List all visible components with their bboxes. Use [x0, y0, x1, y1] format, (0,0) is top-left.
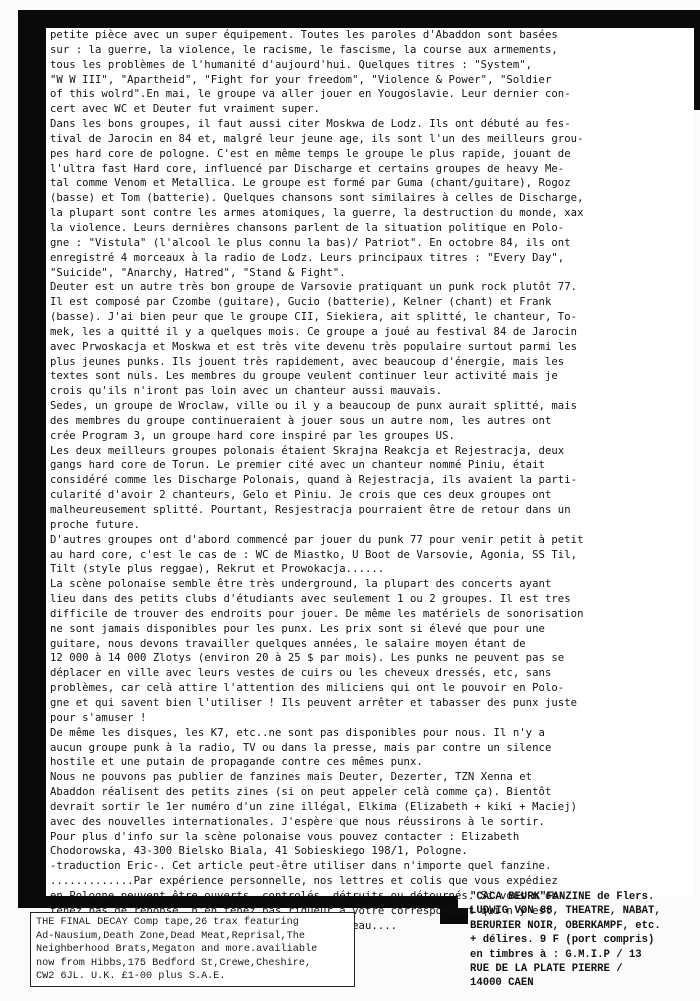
tape-ad-line: Neighberhood Brats,Megaton and more.avai… [36, 943, 350, 957]
fanzine-ad-line: en timbres à : G.M.I.P / 13 [470, 948, 700, 962]
fanzine-ad-line: "CACA BEURK"FANZINE de Flers. [470, 890, 700, 904]
article-line: proche future. [50, 518, 694, 533]
article-line: "Suicide", "Anarchy, Hatred", "Stand & F… [50, 266, 694, 281]
article-line: La scène polonaise semble être très unde… [50, 577, 694, 592]
article-line: cularité d'avoir 2 chanteurs, Gelo et Pi… [50, 488, 694, 503]
article-line: "W W III", "Apartheid", "Fight for your … [50, 73, 694, 88]
article-line: Abaddon réalisent des petits zines (si o… [50, 785, 694, 800]
article-line: gne et qui savent bien l'utiliser ! Ils … [50, 696, 694, 711]
article-line: gne : "Vistula" (l'alcool le plus connu … [50, 236, 694, 251]
article-line: Dans les bons groupes, il faut aussi cit… [50, 117, 694, 132]
article-line: Il est composé par Czombe (guitare), Guc… [50, 295, 694, 310]
article-line: crois qu'ils n'iront pas loin avec un ch… [50, 384, 694, 399]
tape-ad-line: THE FINAL DECAY Comp tape,26 trax featur… [36, 916, 350, 930]
article-line: pour s'amuser ! [50, 711, 694, 726]
article-line: enregistré 4 morceaux à la radio de Lodz… [50, 251, 694, 266]
article-line: considéré comme les Discharge Polonais, … [50, 473, 694, 488]
article-line: l'ultra fast Hard core, influencé par Di… [50, 162, 694, 177]
tape-ad-line: now from Hibbs,175 Bedford St,Crewe,Ches… [36, 957, 350, 971]
article-line: mek, les a quitté il y a quelques mois. … [50, 325, 694, 340]
article-body: petite pièce avec un super équipement. T… [46, 28, 694, 896]
fanzine-page: petite pièce avec un super équipement. T… [0, 0, 700, 1001]
article-line: sur : la guerre, la violence, le racisme… [50, 43, 694, 58]
article-line: Nous ne pouvons pas publier de fanzines … [50, 770, 694, 785]
article-line: De même les disques, les K7, etc..ne son… [50, 726, 694, 741]
article-line: difficile de trouver des endroits pour j… [50, 607, 694, 622]
fanzine-ad-line: BERURIER NOIR, OBERKAMPF, etc. [470, 919, 700, 933]
article-line: devrait sortir le 1er numéro d'un zine i… [50, 800, 694, 815]
article-line: avec des nouvelles internationales. J'es… [50, 815, 694, 830]
article-line: guitare, nous devons travailler quelques… [50, 637, 694, 652]
article-line: crée Program 3, un groupe hard core insp… [50, 429, 694, 444]
article-line: Sedes, un groupe de Wroclaw, ville ou il… [50, 399, 694, 414]
article-line: ne sont jamais disponibles pour les punx… [50, 622, 694, 637]
article-line: des membres du groupe continueraient à j… [50, 414, 694, 429]
article-line: la violence. Leurs dernières chansons pa… [50, 221, 694, 236]
article-line: (basse) et Tom (batterie). Quelques chan… [50, 191, 694, 206]
article-line: (basse). J'ai bien peur que le groupe CI… [50, 310, 694, 325]
article-line: lieu dans des petits clubs d'étudiants a… [50, 592, 694, 607]
fanzine-ad-line: + délires. 9 F (port compris) [470, 933, 700, 947]
article-line: avec Prwoskacja et Moskwa et est très vi… [50, 340, 694, 355]
tape-ad-line: Ad-Nausium,Death Zone,Dead Meat,Reprisal… [36, 930, 350, 944]
tape-ad-line: CW2 6JL. U.K. £1-00 plus S.A.E. [36, 970, 350, 984]
article-line: tival de Jarocin en 84 et, malgré leur j… [50, 132, 694, 147]
article-line: Deuter est un autre très bon groupe de V… [50, 280, 694, 295]
article-line: Tilt (style plus reggae), Rekrut et Prow… [50, 562, 694, 577]
article-line: gangs hard core de Torun. Le premier cit… [50, 458, 694, 473]
article-line: pes hard core de pologne. C'est en même … [50, 147, 694, 162]
article-line: Les deux meilleurs groupes polonais étai… [50, 444, 694, 459]
article-line: tal comme Venom et Metallica. Le groupe … [50, 176, 694, 191]
fanzine-ad-line: 14000 CAEN [470, 976, 700, 990]
photocopy-frame-top [20, 10, 700, 28]
article-line: textes sont nuls. Les membres du groupe … [50, 369, 694, 384]
article-line: problèmes, car celà attire l'attention d… [50, 681, 694, 696]
fanzine-ad-line: RUE DE LA PLATE PIERRE / [470, 962, 700, 976]
article-line: la plupart sont contre les armes atomiqu… [50, 206, 694, 221]
article-line: .............Par expérience personnelle,… [50, 874, 694, 889]
article-line: cert avec WC et Deuter fut vraiment supe… [50, 102, 694, 117]
article-line: hostile et une putain de propagande cont… [50, 755, 694, 770]
article-line: D'autres groupes ont d'abord commencé pa… [50, 533, 694, 548]
tape-advertisement: THE FINAL DECAY Comp tape,26 trax featur… [30, 912, 355, 987]
article-line: au hard core, c'est le cas de : WC de Mi… [50, 548, 694, 563]
article-line: Chodorowska, 43-300 Bielsko Biala, 41 So… [50, 844, 694, 859]
article-line: aucun groupe punk à la radio, TV ou dans… [50, 741, 694, 756]
article-line: plus jeunes punks. Ils jouent très rapid… [50, 355, 694, 370]
article-line: petite pièce avec un super équipement. T… [50, 28, 694, 43]
article-line: tous les problèmes de l'humanité d'aujou… [50, 58, 694, 73]
article-line: Pour plus d'info sur la scène polonaise … [50, 830, 694, 845]
fanzine-advertisement: "CACA BEURK"FANZINE de Flers.LUDWIG VON … [470, 890, 700, 1001]
article-line: -traduction Eric-. Cet article peut-être… [50, 859, 694, 874]
article-line: déplacer en ville avec leurs vestes de c… [50, 666, 694, 681]
article-line: of this wolrd".En mai, le groupe va alle… [50, 87, 694, 102]
fanzine-ad-line: LUDWIG VON 88, THEATRE, NABAT, [470, 904, 700, 918]
article-line: malheureusement splitté. Pourtant, Resje… [50, 503, 694, 518]
article-line: 12 000 à 14 000 Zlotys (environ 20 à 25 … [50, 651, 694, 666]
photocopy-frame-left [18, 10, 46, 905]
